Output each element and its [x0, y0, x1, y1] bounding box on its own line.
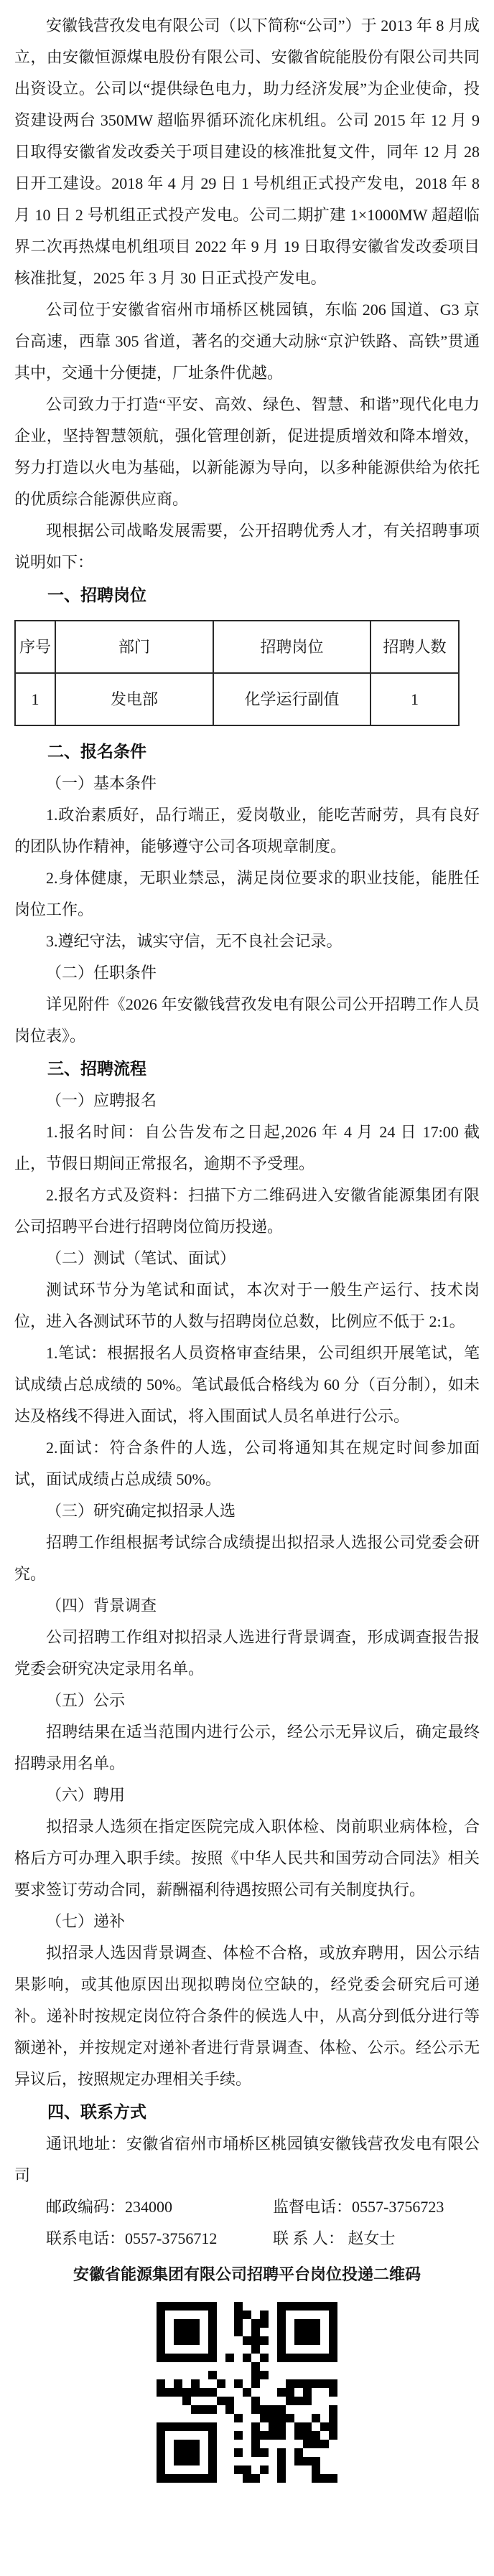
subheading-replacement: （七）递补: [14, 1906, 480, 1937]
basic-condition-item: 3.遵纪守法，诚实守信，无不良社会记录。: [14, 926, 480, 957]
subheading-background-check: （四）背景调查: [14, 1590, 480, 1622]
subheading-employment: （六）聘用: [14, 1780, 480, 1811]
table-cell-department: 发电部: [55, 673, 213, 725]
section-heading-contact: 四、联系方式: [14, 2095, 480, 2128]
table-header-position: 招聘岗位: [213, 621, 370, 673]
basic-condition-item: 2.身体健康，无职业禁忌，满足岗位要求的职业技能，能胜任岗位工作。: [14, 862, 480, 926]
table-cell-headcount: 1: [370, 673, 459, 725]
subheading-application: （一）应聘报名: [14, 1085, 480, 1117]
intro-paragraph-company: 安徽钱营孜发电有限公司（以下简称“公司”）于 2013 年 8 月成立，由安徽恒…: [14, 10, 480, 294]
application-item: 2.报名方式及资料：扫描下方二维码进入安徽省能源集团有限公司招聘平台进行招聘岗位…: [14, 1180, 480, 1243]
table-header-headcount: 招聘人数: [370, 621, 459, 673]
recruitment-notice-document: 安徽钱营孜发电有限公司（以下简称“公司”）于 2013 年 8 月成立，由安徽恒…: [0, 0, 494, 2576]
replacement-body: 拟招录人选因背景调查、体检不合格，或放弃聘用，因公示结果影响，或其他原因出现拟聘…: [14, 1937, 480, 2095]
supervise-phone: 监督电话：0557-3756723: [273, 2191, 480, 2223]
publicity-body: 招聘结果在适当范围内进行公示，经公示无异议后，确定最终招聘录用名单。: [14, 1716, 480, 1780]
job-conditions-body: 详见附件《2026 年安徽钱营孜发电有限公司公开招聘工作人员岗位表》。: [14, 989, 480, 1052]
intro-paragraph-announcement: 现根据公司战略发展需要，公开招聘优秀人才，有关招聘事项说明如下：: [14, 515, 480, 578]
table-cell-position: 化学运行副值: [213, 673, 370, 725]
intro-paragraph-location: 公司位于安徽省宿州市埇桥区桃园镇，东临 206 国道、G3 京台高速，西靠 30…: [14, 294, 480, 389]
basic-condition-item: 1.政治素质好，品行端正，爱岗敬业，能吃苦耐劳，具有良好的团队协作精神，能够遵守…: [14, 799, 480, 862]
test-intro: 测试环节分为笔试和面试，本次对于一般生产运行、技术岗位，进入各测试环节的人数与招…: [14, 1274, 480, 1338]
subheading-job-conditions: （二）任职条件: [14, 957, 480, 989]
contact-person: 联 系 人： 赵女士: [273, 2223, 480, 2255]
subheading-publicity: （五）公示: [14, 1685, 480, 1716]
contact-row-postal: 邮政编码：234000 监督电话：0557-3756723: [14, 2191, 480, 2223]
contact-row-phone: 联系电话：0557-3756712 联 系 人： 赵女士: [14, 2223, 480, 2255]
table-cell-index: 1: [15, 673, 55, 725]
test-item-written: 1.笔试：根据报名人员资格审查结果，公司组织开展笔试，笔试成绩占总成绩的 50%…: [14, 1338, 480, 1432]
section-heading-positions: 一、招聘岗位: [14, 578, 480, 611]
postal-code: 邮政编码：234000: [14, 2191, 273, 2223]
section-heading-process: 三、招聘流程: [14, 1052, 480, 1085]
qr-code: [157, 2302, 337, 2483]
contact-address: 通讯地址：安徽省宿州市埇桥区桃园镇安徽钱营孜发电有限公司: [14, 2128, 480, 2191]
background-check-body: 公司招聘工作组对拟招录人选进行背景调查，形成调查报告报党委会研究决定录用名单。: [14, 1622, 480, 1685]
intro-paragraph-mission: 公司致力于打造“平安、高效、绿色、智慧、和谐”现代化电力企业，坚持智慧领航，强化…: [14, 389, 480, 515]
test-item-interview: 2.面试：符合条件的人选，公司将通知其在规定时间参加面试，面试成绩占总成绩 50…: [14, 1432, 480, 1495]
table-header-department: 部门: [55, 621, 213, 673]
qr-caption: 安徽省能源集团有限公司招聘平台岗位投递二维码: [14, 2259, 480, 2290]
section-heading-requirements: 二、报名条件: [14, 735, 480, 768]
employment-body: 拟招录人选须在指定医院完成入职体检、岗前职业病体检，合格后方可办理入职手续。按照…: [14, 1811, 480, 1906]
positions-table: 序号 部门 招聘岗位 招聘人数 1 发电部 化学运行副值 1: [14, 620, 460, 726]
table-header-index: 序号: [15, 621, 55, 673]
application-item: 1.报名时间：自公告发布之日起,2026 年 4 月 24 日 17:00 截止…: [14, 1117, 480, 1180]
contact-phone: 联系电话：0557-3756712: [14, 2223, 273, 2255]
table-row: 1 发电部 化学运行副值 1: [15, 673, 459, 725]
subheading-test: （二）测试（笔试、面试）: [14, 1243, 480, 1274]
subheading-candidate-decision: （三）研究确定拟招录人选: [14, 1495, 480, 1527]
candidate-decision-body: 招聘工作组根据考试综合成绩提出拟招录人选报公司党委会研究。: [14, 1527, 480, 1590]
subheading-basic-conditions: （一）基本条件: [14, 768, 480, 799]
table-header-row: 序号 部门 招聘岗位 招聘人数: [15, 621, 459, 673]
